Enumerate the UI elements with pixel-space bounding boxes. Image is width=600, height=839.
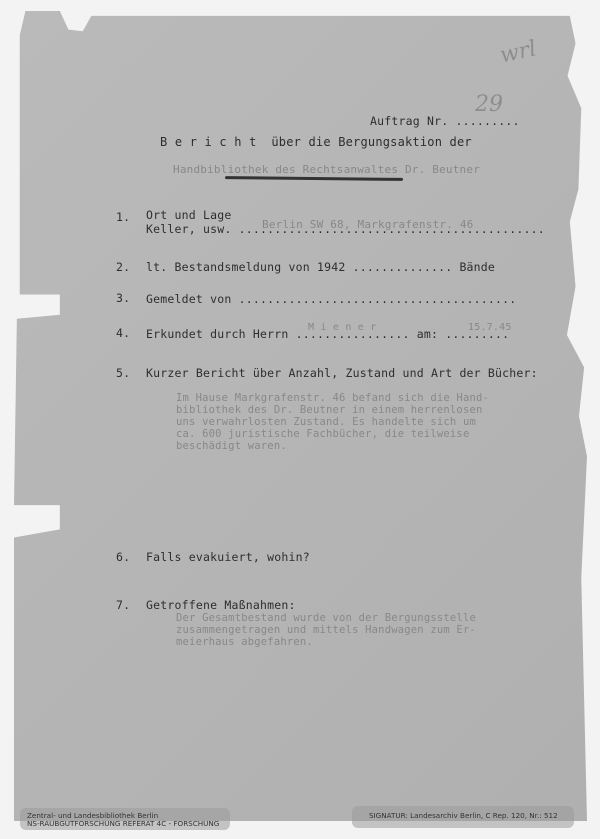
item-3-number: 3. [116, 291, 130, 305]
item-3-label: Gemeldet von ...........................… [146, 292, 516, 306]
document-title: B e r i c h t über die Bergungsaktion de… [160, 135, 472, 149]
item-5-value-line-4: ca. 600 juristische Fachbücher, die teil… [176, 428, 469, 440]
item-1-label: Ort und Lage [146, 208, 231, 222]
item-1-value: Berlin SW 68, Markgrafenstr. 46 [262, 218, 474, 231]
item-7-value-line-2: zusammengetragen und mittels Handwagen z… [176, 624, 476, 636]
item-2-number: 2. [116, 260, 130, 274]
item-7-value-line-3: meierhaus abgefahren. [176, 636, 313, 648]
item-7-value-line-1: Der Gesamtbestand wurde von der Bergungs… [176, 612, 476, 624]
item-6-number: 6. [116, 550, 130, 564]
item-5-value-line-3: uns verwahrlosten Zustand. Es handelte s… [176, 416, 476, 428]
item-5-value-line-5: beschädigt waren. [176, 440, 287, 452]
item-7-number: 7. [116, 598, 130, 612]
subject-line: Handbibliothek des Rechtsanwaltes Dr. Be… [173, 163, 480, 176]
item-5-number: 5. [116, 366, 130, 380]
item-1-number: 1. [116, 210, 130, 224]
item-4-number: 4. [116, 326, 130, 340]
item-4-date: 15.7.45 [468, 322, 512, 333]
item-4-value: M i e n e r [308, 322, 376, 333]
item-5-value-line-2: bibliothek des Dr. Beutner in einem herr… [176, 404, 483, 416]
item-2-label: lt. Bestandsmeldung von 1942 ...........… [146, 260, 495, 274]
footer-signature: SIGNATUR: Landesarchiv Berlin, C Rep. 12… [369, 811, 558, 820]
footer-department: NS-RAUBGUTFORSCHUNG REFERAT 4C - FORSCHU… [27, 819, 219, 828]
item-5-label: Kurzer Bericht über Anzahl, Zustand und … [146, 366, 538, 380]
item-5-value-line-1: Im Hause Markgrafenstr. 46 befand sich d… [176, 392, 489, 405]
item-7-label: Getroffene Maßnahmen: [146, 598, 296, 612]
item-6-label: Falls evakuiert, wohin? [146, 550, 310, 564]
order-number-handwritten: 29 [475, 92, 503, 117]
